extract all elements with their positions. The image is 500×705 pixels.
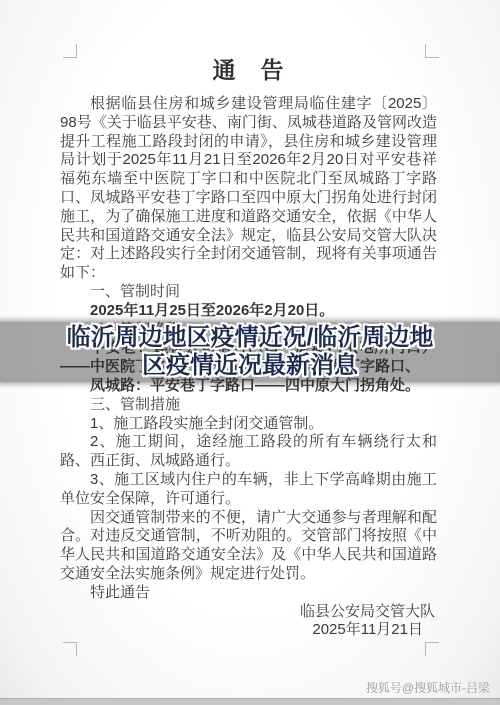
notice-paragraph: 2、施工期间，途经施工路段的所有车辆绕行太和路、西正街、凤城路通行。 [60,433,437,471]
watermark-text: 搜狐号@搜狐城市-吕梁 [366,681,490,696]
notice-signature: 临县公安局交管大队 [60,603,437,622]
notice-paragraph: 2025年11月25日至2026年2月20日。 [60,302,437,321]
notice-paragraph: 特此通告 [60,584,437,603]
notice-paragraph: 根据临县住房和城乡建设管理局临住建字〔2025〕98号《关于临县平安巷、南门街、… [60,95,437,283]
notice-paragraph: 一、管制时间 [60,283,437,302]
page-corner-mark-bottom-left [63,642,77,656]
notice-title: 通 告 [60,57,437,83]
notice-paragraph: 1、施工路段实施全封闭交通管制。 [60,415,437,434]
notice-paragraph: 因交通管制带来的不便，请广大交通参与者理解和配合。对违反交通管制，不听劝阻的。交… [60,509,437,584]
notice-paragraph: 三、管制措施 [60,396,437,415]
page-corner-mark-bottom-right [425,642,439,656]
notice-page: 通 告 根据临县住房和城乡建设管理局临住建字〔2025〕98号《关于临县平安巷、… [0,0,500,705]
notice-paragraph: 3、施工区域内住户的车辆，非上下学高峰期由施工单位安全保障，许可通行。 [60,471,437,509]
bottom-strip [0,698,500,705]
notice-date: 2025年11月21日 [60,621,437,640]
overlay-headline: 临沂周边地区疫情近况/临沂周边地区疫情近况最新消息 [55,324,445,380]
headline-band: 临沂周边地区疫情近况/临沂周边地区疫情近况最新消息 [0,322,500,382]
